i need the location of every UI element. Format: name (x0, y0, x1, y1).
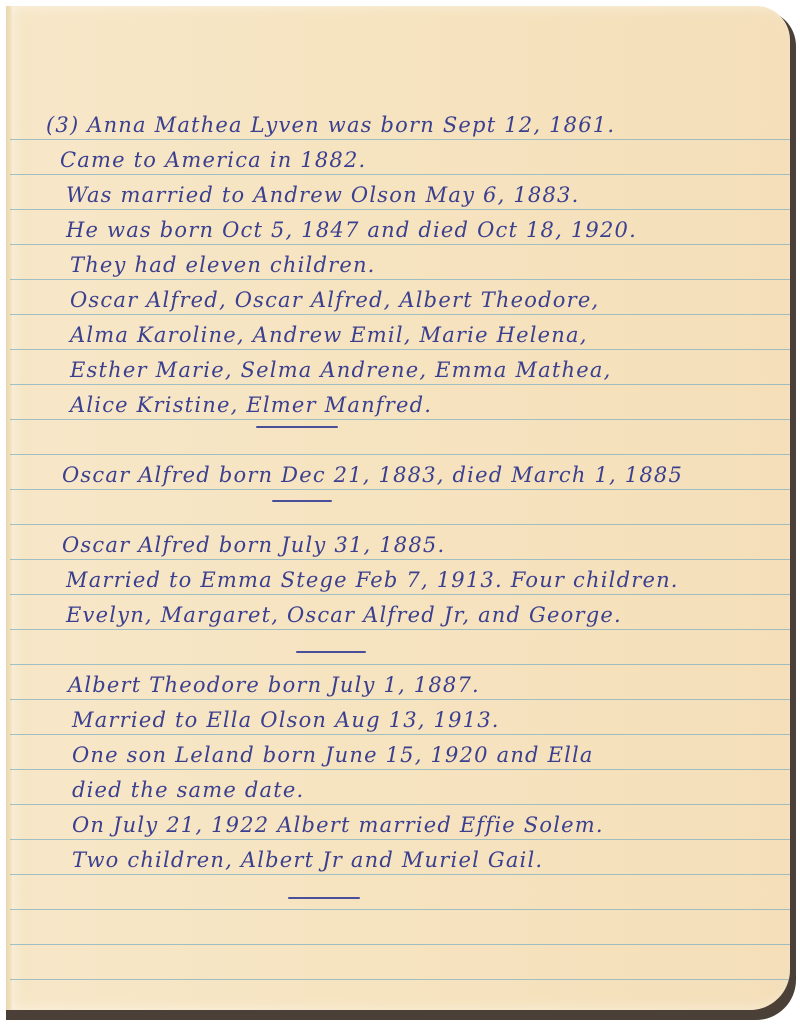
line-text: Alice Kristine, Elmer Manfred. (70, 393, 432, 417)
handwritten-line: (3) Anna Mathea Lyven was born Sept 12, … (6, 104, 790, 139)
ruled-line (10, 419, 790, 420)
ruled-line (10, 629, 790, 630)
handwritten-line: Esther Marie, Selma Andrene, Emma Mathea… (6, 349, 790, 384)
separator-stroke (256, 426, 338, 428)
handwritten-line: Married to Ella Olson Aug 13, 1913. (6, 699, 790, 734)
separator-stroke (288, 897, 360, 899)
line-text: He was born Oct 5, 1847 and died Oct 18,… (66, 218, 637, 242)
ruled-line (10, 489, 790, 490)
line-text: Two children, Albert Jr and Muriel Gail. (72, 848, 543, 872)
handwritten-line: Alma Karoline, Andrew Emil, Marie Helena… (6, 314, 790, 349)
ruled-line (10, 909, 790, 910)
line-text: Evelyn, Margaret, Oscar Alfred Jr, and G… (66, 603, 622, 627)
handwritten-line: Oscar Alfred born Dec 21, 1883, died Mar… (6, 454, 790, 489)
handwritten-line: Alice Kristine, Elmer Manfred. (6, 384, 790, 419)
handwritten-line: Came to America in 1882. (6, 139, 790, 174)
notebook-page: (3) Anna Mathea Lyven was born Sept 12, … (6, 6, 790, 1010)
handwritten-line: Albert Theodore born July 1, 1887. (6, 664, 790, 699)
handwritten-line: Oscar Alfred born July 31, 1885. (6, 524, 790, 559)
line-text: Married to Emma Stege Feb 7, 1913. Four … (66, 568, 679, 592)
line-text: On July 21, 1922 Albert married Effie So… (72, 813, 604, 837)
line-text: (3) Anna Mathea Lyven was born Sept 12, … (46, 113, 615, 137)
handwritten-line: died the same date. (6, 769, 790, 804)
handwritten-line: Evelyn, Margaret, Oscar Alfred Jr, and G… (6, 594, 790, 629)
ruled-line (10, 874, 790, 875)
handwritten-line: He was born Oct 5, 1847 and died Oct 18,… (6, 209, 790, 244)
handwritten-line: On July 21, 1922 Albert married Effie So… (6, 804, 790, 839)
line-text: Alma Karoline, Andrew Emil, Marie Helena… (70, 323, 588, 347)
line-text: One son Leland born June 15, 1920 and El… (72, 743, 594, 767)
line-text: Came to America in 1882. (60, 148, 366, 172)
line-text: Oscar Alfred born Dec 21, 1883, died Mar… (62, 463, 683, 487)
handwritten-line: They had eleven children. (6, 244, 790, 279)
handwritten-line: One son Leland born June 15, 1920 and El… (6, 734, 790, 769)
handwritten-line: Two children, Albert Jr and Muriel Gail. (6, 839, 790, 874)
line-text: They had eleven children. (70, 253, 376, 277)
line-text: Oscar Alfred born July 31, 1885. (62, 533, 445, 557)
handwritten-line: Oscar Alfred, Oscar Alfred, Albert Theod… (6, 279, 790, 314)
line-text: died the same date. (72, 778, 304, 802)
separator-stroke (296, 651, 366, 653)
line-text: Esther Marie, Selma Andrene, Emma Mathea… (70, 358, 611, 382)
ruled-line (10, 979, 790, 980)
line-text: Was married to Andrew Olson May 6, 1883. (66, 183, 579, 207)
ruled-line (10, 944, 790, 945)
line-text: Married to Ella Olson Aug 13, 1913. (72, 708, 500, 732)
handwritten-line: Married to Emma Stege Feb 7, 1913. Four … (6, 559, 790, 594)
line-text: Oscar Alfred, Oscar Alfred, Albert Theod… (70, 288, 599, 312)
handwritten-line: Was married to Andrew Olson May 6, 1883. (6, 174, 790, 209)
line-text: Albert Theodore born July 1, 1887. (68, 673, 480, 697)
separator-stroke (272, 500, 332, 502)
